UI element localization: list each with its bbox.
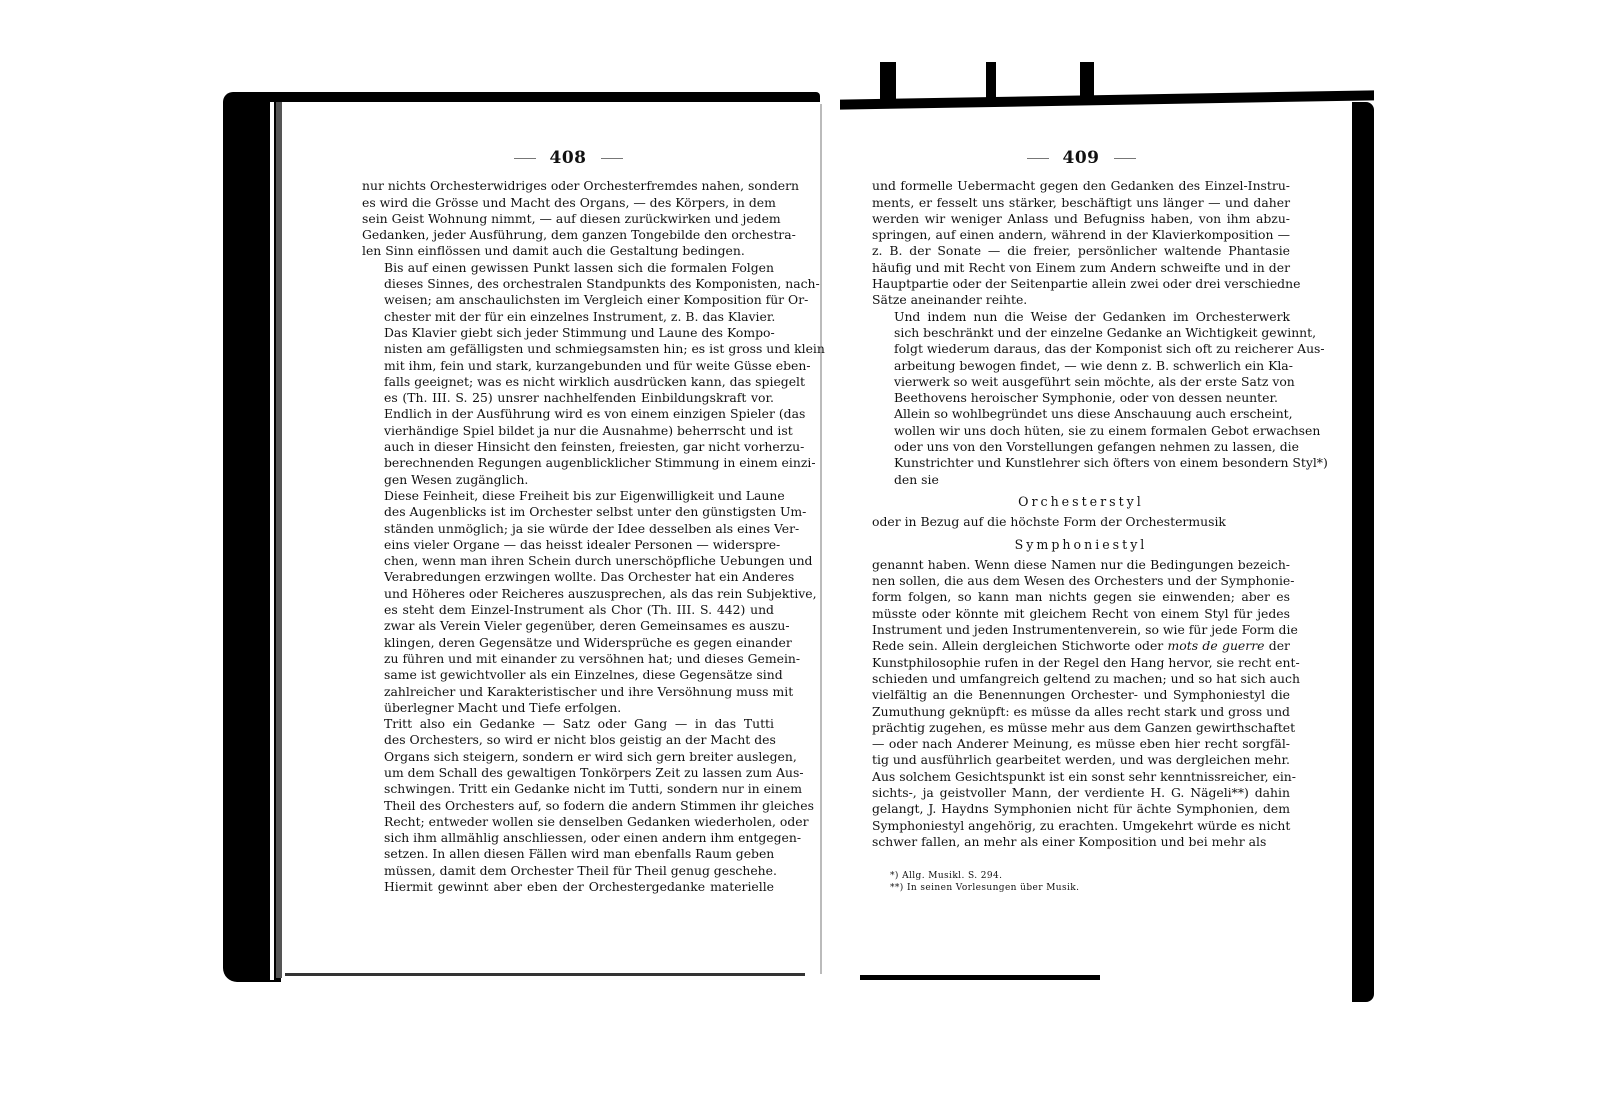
text-line: zwar als Verein Vieler gegenüber, deren … [362,618,774,634]
page-number-right: 409 [872,150,1290,166]
text-line: des Orchesters, so wird er nicht blos ge… [362,732,774,748]
footnote-2: **) In seinen Vorlesungen über Musik. [890,882,1290,894]
page-stack-left [276,100,282,978]
text-line: Verabredungen erzwingen wollte. Das Orch… [362,569,774,585]
footnote-1: *) Allg. Musikl. S. 294. [890,870,1290,882]
text-line: falls geeignet; was es nicht wirklich au… [362,374,774,390]
text-line: arbeitung bewogen findet, — wie denn z. … [872,358,1290,374]
text-line: setzen. In allen diesen Fällen wird man … [362,846,774,862]
text-line: oder uns von den Vorstellungen gefangen … [872,439,1290,455]
text-line: mit ihm, fein und stark, kurzangebunden … [362,358,774,374]
text-line: Recht; entweder wollen sie denselben Ged… [362,814,774,830]
text-line: Sätze aneinander reihte. [872,292,1290,308]
text-line: Bis auf einen gewissen Punkt lassen sich… [362,260,774,276]
right-page: 409 und formelle Uebermacht gegen den Ge… [872,150,1290,894]
paragraph: Allein so wohlbegründet uns diese Anscha… [872,406,1290,487]
text-line: häufig und mit Recht von Einem zum Ander… [872,260,1290,276]
text-line: es (Th. III. S. 25) unsrer nachhelfenden… [362,390,774,406]
text-line: müsste oder könnte mit gleichem Recht vo… [872,606,1290,622]
text-line: eins vieler Organe — das heisst idealer … [362,537,774,553]
text-line: Kunstphilosophie rufen in der Regel den … [872,655,1290,671]
text-line: müssen, damit dem Orchester Theil für Th… [362,863,774,879]
left-page: 408 nur nichts Orchesterwidriges oder Or… [362,150,774,895]
heading-connector-line: oder in Bezug auf die höchste Form der O… [872,514,1290,530]
text-line: nisten am gefälligsten und schmiegsamste… [362,341,774,357]
left-page-body: nur nichts Orchesterwidriges oder Orches… [362,178,774,895]
text-line: Hiermit gewinnt aber eben der Orchesterg… [362,879,774,895]
text-line: wollen wir uns doch hüten, sie zu einem … [872,423,1290,439]
text-line: und Höheres oder Reicheres auszusprechen… [362,586,774,602]
text-line: Zumuthung geknüpft: es müsse da alles re… [872,704,1290,720]
text-line: Hauptpartie oder der Seitenpartie allein… [872,276,1290,292]
text-line: klingen, deren Gegensätze und Widersprüc… [362,635,774,651]
text-line: — oder nach Anderer Meinung, es müsse eb… [872,736,1290,752]
bookmark-tab [986,62,996,100]
text-line: auch in dieser Hinsicht den feinsten, fr… [362,439,774,455]
text-line: folgt wiederum daraus, das der Komponist… [872,341,1290,357]
text-line: Diese Feinheit, diese Freiheit bis zur E… [362,488,774,504]
text-line: Tritt also ein Gedanke — Satz oder Gang … [362,716,774,732]
text-line: überlegner Macht und Tiefe erfolgen. [362,700,774,716]
book-top-edge-left [260,92,820,102]
text-line: genannt haben. Wenn diese Namen nur die … [872,557,1290,573]
paragraph: und formelle Uebermacht gegen den Gedank… [872,178,1290,308]
text-line: nur nichts Orchesterwidriges oder Orches… [362,178,774,194]
text-line: schwer fallen, an mehr als einer Komposi… [872,834,1290,850]
text-line: des Augenblicks ist im Orchester selbst … [362,504,774,520]
text-line: Beethovens heroischer Symphonie, oder vo… [872,390,1290,406]
book-bottom-edge-left [285,973,805,976]
text-line: Das Klavier giebt sich jeder Stimmung un… [362,325,774,341]
text-line: zu führen und mit einander zu versöhnen … [362,651,774,667]
text-line: schieden und umfangreich geltend zu mach… [872,671,1290,687]
text-line: Aus solchem Gesichtspunkt ist ein sonst … [872,769,1290,785]
page-number-left: 408 [362,150,774,166]
text-line: Endlich in der Ausführung wird es von ei… [362,406,774,422]
text-line: sich beschränkt und der einzelne Gedanke… [872,325,1290,341]
text-line: Instrument und jeden Instrumentenverein,… [872,622,1290,638]
book-top-edge-right [840,90,1374,109]
text-line: Und indem nun die Weise der Gedanken im … [872,309,1290,325]
text-line: und formelle Uebermacht gegen den Gedank… [872,178,1290,194]
paragraph: Und indem nun die Weise der Gedanken im … [872,309,1290,407]
text-line: same ist gewichtvoller als ein Einzelnes… [362,667,774,683]
text-line: zahlreicher und Karakteristischer und ih… [362,684,774,700]
text-line: Gedanken, jeder Ausführung, dem ganzen T… [362,227,774,243]
ornament-dash [1027,158,1049,159]
text-line: form folgen, so kann man nichts gegen si… [872,589,1290,605]
bookmark-tab [880,62,896,104]
text-line: weisen; am anschaulichsten im Vergleich … [362,292,774,308]
text-line: nen sollen, die aus dem Wesen des Orches… [872,573,1290,589]
paragraph: Hiermit gewinnt aber eben der Orchesterg… [362,879,774,895]
text-line: um dem Schall des gewaltigen Tonkörpers … [362,765,774,781]
text-line: vierhändige Spiel bildet ja nur die Ausn… [362,423,774,439]
text-line: sich ihm allmählig anschliessen, oder ei… [362,830,774,846]
paragraph: nur nichts Orchesterwidriges oder Orches… [362,178,774,259]
text-line: gelangt, J. Haydns Symphonien nicht für … [872,801,1290,817]
text-line: sichts-, ja geistvoller Mann, der verdie… [872,785,1290,801]
book-cover-right [1352,102,1374,1002]
text-line: dieses Sinnes, des orchestralen Standpun… [362,276,774,292]
paragraph: Bis auf einen gewissen Punkt lassen sich… [362,260,774,325]
section-heading-symphoniestyl: Symphoniestyl [872,537,1290,553]
paragraph: genannt haben. Wenn diese Namen nur die … [872,557,1290,850]
page-edge-left [270,100,274,980]
text-line: ständen unmöglich; ja sie würde der Idee… [362,521,774,537]
text-line: Allein so wohlbegründet uns diese Anscha… [872,406,1290,422]
text-line: sein Geist Wohnung nimmt, — auf diesen z… [362,211,774,227]
text-line: Symphoniestyl angehörig, zu erachten. Um… [872,818,1290,834]
text-line: len Sinn einflössen und damit auch die G… [362,243,774,259]
text-line: Theil des Orchesters auf, so fodern die … [362,798,774,814]
text-line: chester mit der für ein einzelnes Instru… [362,309,774,325]
text-line: es steht dem Einzel-Instrument als Chor … [362,602,774,618]
text-line: den sie [872,472,1290,488]
text-line: vierwerk so weit ausgeführt sein möchte,… [872,374,1290,390]
text-line: berechnenden Regungen augenblicklicher S… [362,455,774,471]
text-line: tig und ausführlich gearbeitet werden, u… [872,752,1290,768]
text-line: Rede sein. Allein dergleichen Stichworte… [872,638,1290,654]
right-page-body-bottom: genannt haben. Wenn diese Namen nur die … [872,557,1290,850]
text-line: Organs sich steigern, sondern er wird si… [362,749,774,765]
paragraph: Das Klavier giebt sich jeder Stimmung un… [362,325,774,488]
section-heading-orchesterstyl: Orchesterstyl [872,494,1290,510]
text-line: vielfältig an die Benennungen Orchester-… [872,687,1290,703]
text-line: Kunstrichter und Kunstlehrer sich öfters… [872,455,1290,471]
ornament-dash [601,158,623,159]
text-line: schwingen. Tritt ein Gedanke nicht im Tu… [362,781,774,797]
text-line: ments, er fesselt uns stärker, beschäfti… [872,195,1290,211]
ornament-dash [514,158,536,159]
book-bottom-edge-right [860,975,1100,980]
text-line: prächtig zugehen, es müsse mehr aus dem … [872,720,1290,736]
paragraph: Tritt also ein Gedanke — Satz oder Gang … [362,716,774,879]
text-line: werden wir weniger Anlass und Befugniss … [872,211,1290,227]
paragraph: Diese Feinheit, diese Freiheit bis zur E… [362,488,774,716]
text-line: z. B. der Sonate — die freier, persönlic… [872,243,1290,259]
right-page-body-top: und formelle Uebermacht gegen den Gedank… [872,178,1290,488]
bookmark-tab [1080,62,1094,98]
text-line: es wird die Grösse und Macht des Organs,… [362,195,774,211]
text-line: springen, auf einen andern, während in d… [872,227,1290,243]
book-gutter [820,104,822,974]
text-line: chen, wenn man ihren Schein durch unersc… [362,553,774,569]
footnotes: *) Allg. Musikl. S. 294. **) In seinen V… [872,870,1290,894]
text-line: gen Wesen zugänglich. [362,472,774,488]
ornament-dash [1114,158,1136,159]
